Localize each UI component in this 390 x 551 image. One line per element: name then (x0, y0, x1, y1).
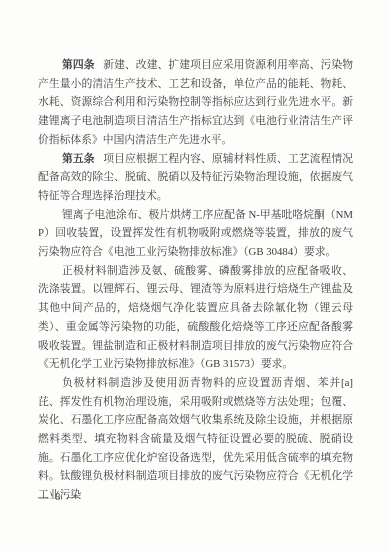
text-block: 第四条新建、改建、扩建项目应采用资源利用率高、污染物产生量小的清洁生产技术、工艺… (38, 56, 353, 505)
paragraph-cathode-materials: 正极材料制造涉及氨、硫酸雾、磷酸雾排放的应配备吸收、洗涤装置。以锂辉石、锂云母、… (38, 262, 353, 374)
article-label: 第四条 (62, 59, 95, 71)
paragraph-text: 新建、改建、扩建项目应采用资源利用率高、污染物产生量小的清洁生产技术、工艺和设备… (38, 59, 353, 146)
paragraph-text: 锂离子电池涂布、极片烘烤工序应配备 N-甲基吡咯烷酮（NMP）回收装置，设置挥发… (38, 209, 353, 258)
paragraph-anode-materials: 负极材料制造涉及使用沥青物料的应设置沥青烟、苯并[a]芘、挥发性有机物治理设施，… (38, 374, 353, 505)
paragraph-article-5: 第五条项目应根据工程内容、原辅材料性质、工艺流程情况配备高效的除尘、脱硫、脱硝以… (38, 150, 353, 206)
paragraph-text: 正极材料制造涉及氨、硫酸雾、磷酸雾排放的应配备吸收、洗涤装置。以锂辉石、锂云母、… (38, 265, 353, 371)
document-page: 第四条新建、改建、扩建项目应采用资源利用率高、污染物产生量小的清洁生产技术、工艺… (0, 0, 390, 551)
paragraph-article-4: 第四条新建、改建、扩建项目应采用资源利用率高、污染物产生量小的清洁生产技术、工艺… (38, 56, 353, 150)
paragraph-nmp-recovery: 锂离子电池涂布、极片烘烤工序应配备 N-甲基吡咯烷酮（NMP）回收装置，设置挥发… (38, 206, 353, 262)
paragraph-text: 负极材料制造涉及使用沥青物料的应设置沥青烟、苯并[a]芘、挥发性有机物治理设施，… (38, 377, 353, 501)
page-number: — 8 — (38, 492, 80, 503)
article-label: 第五条 (62, 153, 95, 165)
